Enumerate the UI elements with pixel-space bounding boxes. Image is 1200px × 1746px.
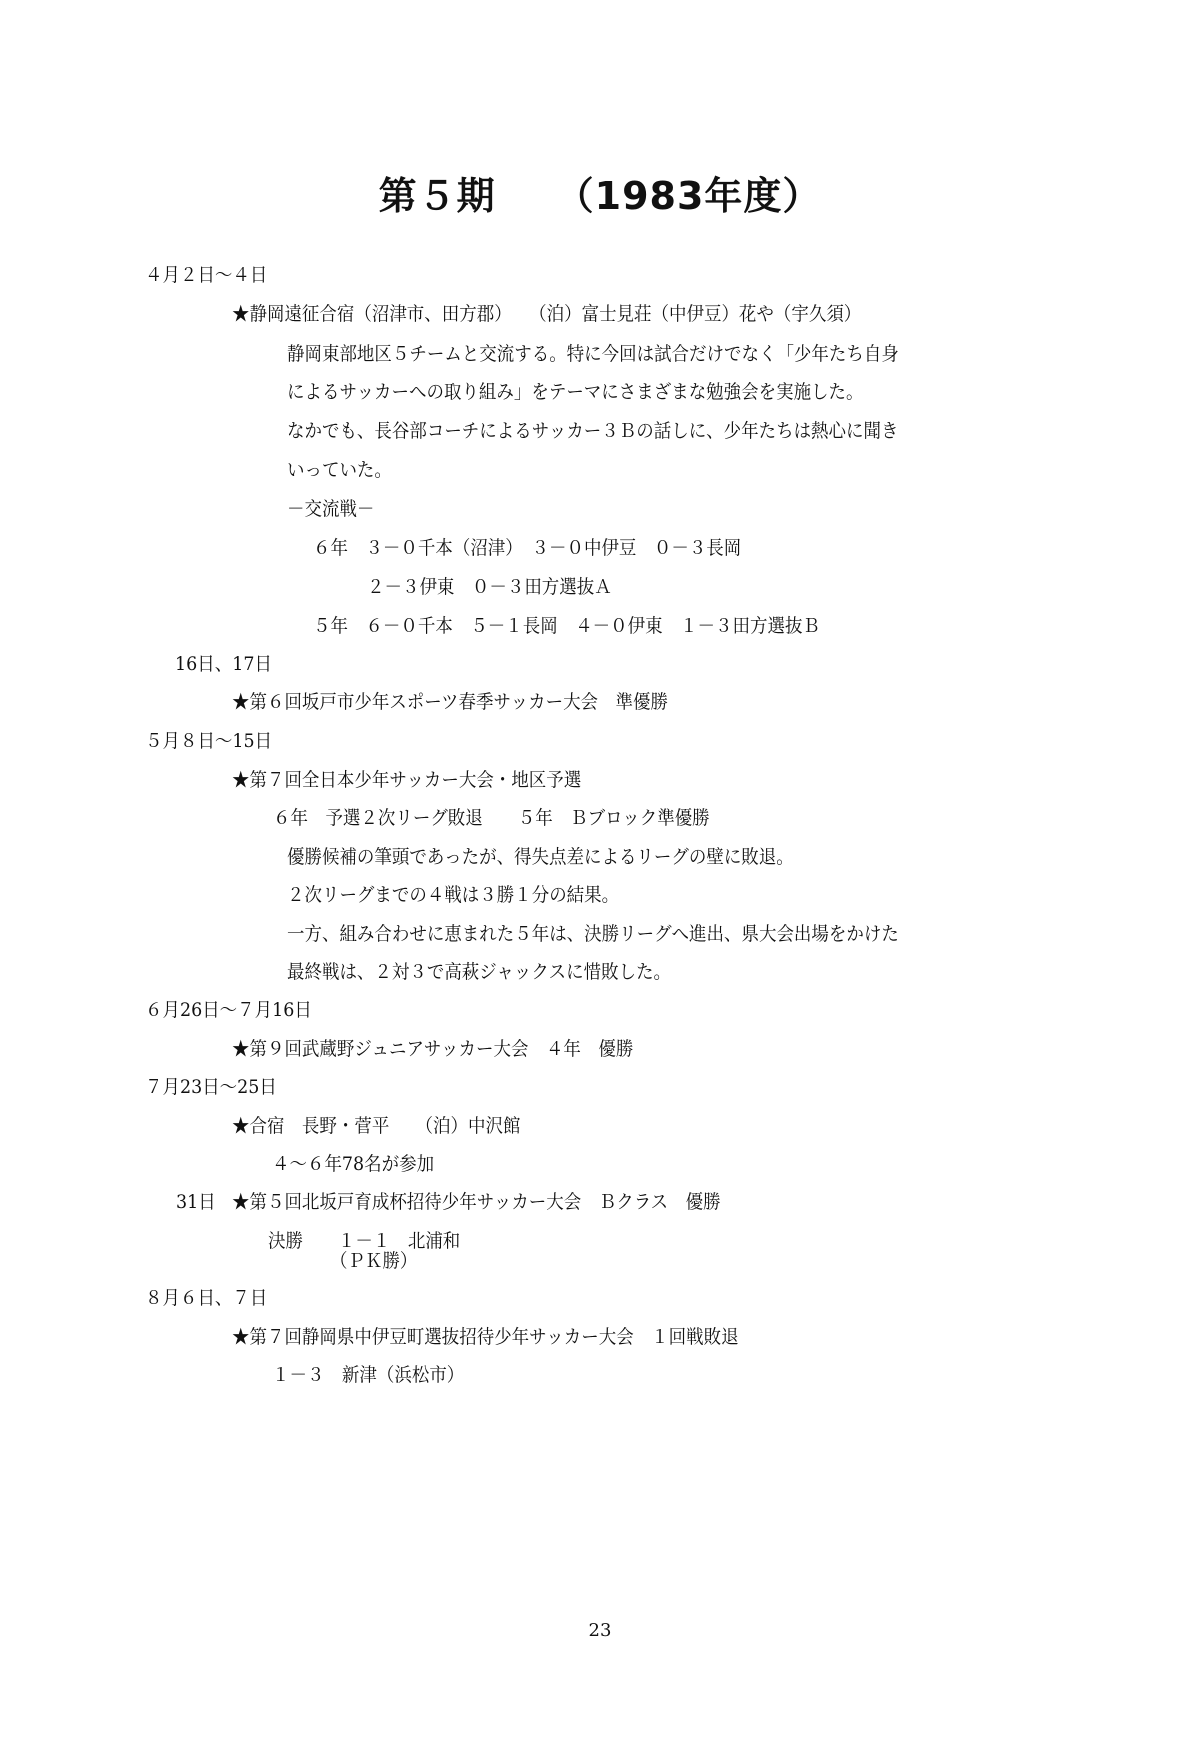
date-heading: ８月６日、７日 <box>145 1286 267 1310</box>
period-label: 第５期 <box>379 174 496 218</box>
paragraph-line: 最終戦は、２対３で高萩ジャックスに惜敗した。 <box>287 960 671 984</box>
date-heading: ７月23日～25日 <box>145 1075 277 1099</box>
date-heading: 31日 <box>176 1190 216 1214</box>
date-heading: ６月26日～７月16日 <box>145 998 312 1022</box>
paragraph-line: 優勝候補の筆頭であったが、得失点差によるリーグの壁に敗退。 <box>287 845 794 869</box>
pk-note: （ＰＫ勝） <box>330 1250 417 1272</box>
result-line: １－３ 新津（浜松市） <box>272 1363 464 1387</box>
event-item: ★第５回北坂戸育成杯招待少年サッカー大会 Ｂクラス 優勝 <box>232 1190 721 1214</box>
event-item: ★合宿 長野・菅平 （泊）中沢館 <box>232 1114 520 1138</box>
event-item: ★第７回全日本少年サッカー大会・地区予選 <box>232 768 581 792</box>
result-line: ６年 ３－０千本（沼津） ３－０中伊豆 ０－３長岡 <box>313 536 741 560</box>
paragraph-line: なかでも、長谷部コーチによるサッカー３Ｂの話しに、少年たちは熱心に聞き <box>287 419 898 443</box>
page-number: 23 <box>0 1620 1200 1641</box>
paragraph-line: ４～６年78名が参加 <box>272 1152 434 1176</box>
result-line: ２－３伊東 ０－３田方選抜Ａ <box>367 575 612 599</box>
page-title: 第５期（1983年度） <box>0 165 1200 220</box>
event-item: ★第９回武蔵野ジュニアサッカー大会 ４年 優勝 <box>232 1037 633 1061</box>
subsection-heading: －交流戦－ <box>287 497 374 521</box>
date-heading: ５月８日～15日 <box>145 729 272 753</box>
event-item: ★静岡遠征合宿（沼津市、田方郡） （泊）富士見荘（中伊豆）花や（宇久須） <box>232 302 861 326</box>
fiscal-year-label: （1983年度） <box>556 174 822 218</box>
date-heading: 16日、17日 <box>175 652 272 676</box>
result-line: ５年 ６－０千本 ５－１長岡 ４－０伊東 １－３田方選抜Ｂ <box>313 614 820 638</box>
paragraph-line: によるサッカーへの取り組み」をテーマにさまざまな勉強会を実施した。 <box>287 380 863 404</box>
event-item: ★第７回静岡県中伊豆町選抜招待少年サッカー大会 １回戦敗退 <box>232 1325 739 1349</box>
result-line: ６年 予選２次リーグ敗退 ５年 Ｂブロック準優勝 <box>273 806 710 830</box>
date-heading: ４月２日～４日 <box>145 263 267 287</box>
event-item: ★第６回坂戸市少年スポーツ春季サッカー大会 準優勝 <box>232 690 668 714</box>
paragraph-line: 一方、組み合わせに恵まれた５年は、決勝リーグへ進出、県大会出場をかけた <box>287 922 899 946</box>
paragraph-line: ２次リーグまでの４戦は３勝１分の結果。 <box>287 883 619 907</box>
paragraph-line: いっていた。 <box>287 458 392 482</box>
paragraph-line: 静岡東部地区５チームと交流する。特に今回は試合だけでなく「少年たち自身 <box>287 342 899 366</box>
